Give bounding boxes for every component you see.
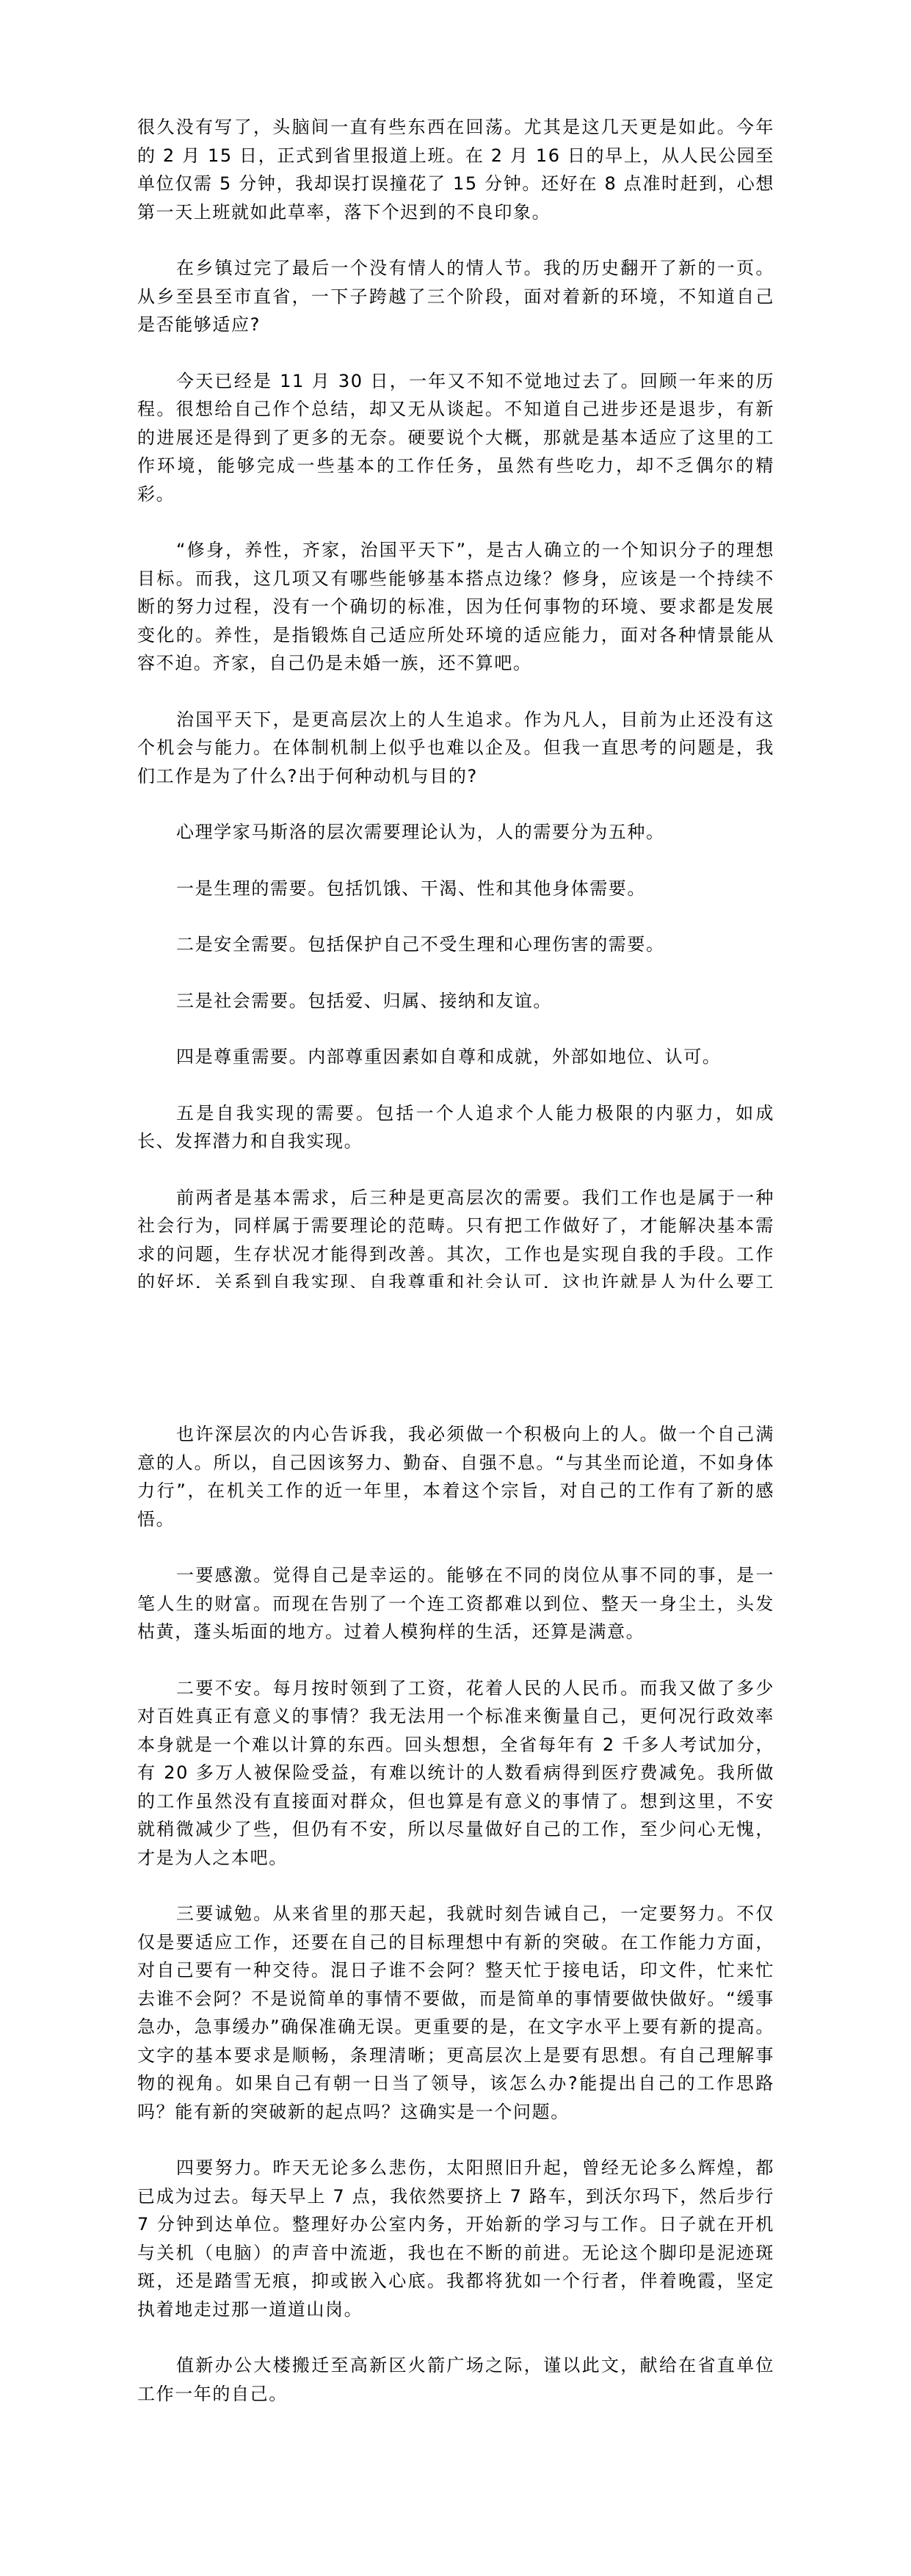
paragraph: 心理学家马斯洛的层次需要理论认为，人的需要分为五种。 [137,818,774,847]
list-paragraph-social: 三是社会需要。包括爱、归属、接纳和友谊。 [137,987,774,1016]
list-paragraph-safety: 二是安全需要。包括保护自己不受生理和心理伤害的需要。 [137,930,774,959]
paragraph: 也许深层次的内心告诉我，我必须做一个积极向上的人。做一个自己满意的人。所以，自己… [137,1420,774,1533]
paragraph-diligence: 三要诚勉。从来省里的那天起，我就时刻告诫自己，一定要努力。不仅仅是要适应工作，还… [137,1900,774,2126]
page-body: 也许深层次的内心告诉我，我必须做一个积极向上的人。做一个自己满意的人。所以，自己… [137,1420,774,2408]
paragraph: 今天已经是 11 月 30 日，一年又不知不觉地过去了。回顾一年来的历程。很想给… [137,367,774,509]
paragraph-gratitude: 一要感激。觉得自己是幸运的。能够在不同的岗位从事不同的事，是一笔人生的财富。而现… [137,1561,774,1646]
list-paragraph-self-actualization: 五是自我实现的需要。包括一个人追求个人能力极限的内驱力，如成长、发挥潜力和自我实… [137,1099,774,1156]
paragraph: 很久没有写了，头脑间一直有些东西在回荡。尤其是这几天更是如此。今年的 2 月 1… [137,113,774,226]
paragraph: “修身，养性，齐家，治国平天下”，是古人确立的一个知识分子的理想目标。而我，这几… [137,536,774,678]
document-page-1: 很久没有写了，头脑间一直有些东西在回荡。尤其是这几天更是如此。今年的 2 月 1… [0,0,911,1288]
document-page-2: 也许深层次的内心告诉我，我必须做一个积极向上的人。做一个自己满意的人。所以，自己… [0,1288,911,2576]
page-body: 很久没有写了，头脑间一直有些东西在回荡。尤其是这几天更是如此。今年的 2 月 1… [137,113,774,1325]
paragraph-dedication: 值新办公大楼搬迁至高新区火箭广场之际，谨以此文，献给在省直单位工作一年的自己。 [137,2351,774,2408]
list-paragraph-physiological: 一是生理的需要。包括饥饿、干渴、性和其他身体需要。 [137,875,774,903]
paragraph-unease: 二要不安。每月按时领到了工资，花着人民的人民币。而我又做了多少对百姓真正有意义的… [137,1674,774,1873]
list-paragraph-esteem: 四是尊重需要。内部尊重因素如自尊和成就，外部如地位、认可。 [137,1043,774,1071]
paragraph-effort: 四要努力。昨天无论多么悲伤，太阳照旧升起，曾经无论多么辉煌，都已成为过去。每天早… [137,2154,774,2323]
paragraph: 在乡镇过完了最后一个没有情人的情人节。我的历史翻开了新的一页。从乡至县至市直省，… [137,254,774,339]
paragraph: 治国平天下，是更高层次上的人生追求。作为凡人，目前为止还没有这个机会与能力。在体… [137,706,774,791]
